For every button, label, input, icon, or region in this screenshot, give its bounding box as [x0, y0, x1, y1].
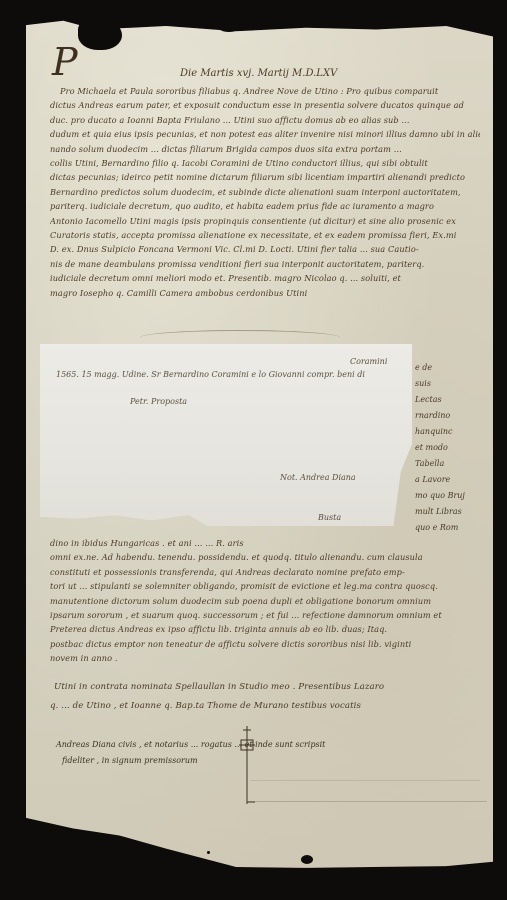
body-line: constituti et possessionis transferenda,…	[50, 565, 480, 579]
document-closing: Utini in contrata nominata Spellaullan i…	[50, 678, 480, 716]
body-line: tori ut ... stipulanti se solemniter obl…	[50, 579, 480, 593]
fragment-line: hanquinc	[415, 424, 485, 440]
fragment-line: suis	[415, 376, 485, 392]
fragment-line: et modo	[415, 440, 485, 456]
slip-line-1: 1565. 15 magg. Udine. Sr Bernardino Cora…	[56, 370, 365, 379]
body-line: postbac dictus emptor non teneatur de af…	[50, 637, 480, 651]
document-heading: Die Martis xvj. Martij M.D.LXV	[180, 68, 337, 79]
notary-subscription-line-1: Andreas Diana civis , et notarius ... ro…	[56, 740, 325, 749]
text-fragment-right-of-slip: e de suis Lectas rnardino hanquinc et mo…	[415, 360, 485, 536]
fragment-line: quo e Rom	[415, 520, 485, 536]
body-line: ipsarum sororum , et suarum quoq. succes…	[50, 608, 480, 622]
body-line: iudiciale decretum omni meliori modo et.…	[50, 271, 480, 285]
body-line: duc. pro ducato a Ioanni Bapta Friulano …	[50, 113, 480, 127]
closing-line: q. ... de Utino , et Ioanne q. Bap.ta Th…	[50, 697, 480, 716]
slip-line-2: Petr. Proposta	[130, 397, 187, 406]
damage-hole-top-mid2	[270, 20, 288, 28]
body-line: D. ex. Dnus Sulpicio Foncana Vermoni Vic…	[50, 242, 480, 256]
slip-corner-note: Coramini	[350, 357, 387, 366]
fragment-line: Tabella	[415, 456, 485, 472]
body-line: dictus Andreas earum pater, et exposuit …	[50, 98, 480, 112]
body-line: dictas pecunias; ideirco petit nomine di…	[50, 170, 480, 184]
paper-fold-line	[250, 780, 480, 781]
ink-spot-bottom	[301, 855, 313, 864]
ink-spot-bottom-small	[207, 851, 210, 854]
notary-subscription-line-2: fideliter , in signum premissorum	[62, 756, 198, 765]
body-line: omni ex.ne. Ad habendu. tenendu. posside…	[50, 550, 480, 564]
slip-signature-notary: Not. Andrea Diana	[280, 473, 356, 482]
closing-line: Utini in contrata nominata Spellaullan i…	[50, 678, 480, 697]
body-line: nando solum duodecim ... dictas filiarum…	[50, 142, 480, 156]
body-line: dino in ibidus Hungaricas . et ani ... .…	[50, 536, 480, 550]
body-line: novem in anno .	[50, 651, 480, 665]
fragment-line: e de	[415, 360, 485, 376]
damage-hole-top-mid	[218, 22, 240, 32]
body-line: Bernardino predictos solum duodecim, et …	[50, 185, 480, 199]
damage-hole-top-left	[78, 18, 122, 50]
partial-heading-above-slip	[140, 330, 340, 345]
body-line: Pro Michaela et Paula sororibus filiabus…	[50, 84, 480, 98]
fragment-line: Lectas	[415, 392, 485, 408]
fragment-line: rnardino	[415, 408, 485, 424]
body-line: collis Utini, Bernardino filio q. Iacobi…	[50, 156, 480, 170]
body-line: Preterea dictus Andreas ex ipso affictu …	[50, 622, 480, 636]
body-line: Antonio Iacomello Utini magis ipsis prop…	[50, 214, 480, 228]
fragment-line: mo quo Bruj	[415, 488, 485, 504]
fragment-line: mult Libras	[415, 504, 485, 520]
fragment-line: a Lavore	[415, 472, 485, 488]
body-line: dudum et quia eius ipsis pecunias, et no…	[50, 127, 480, 141]
decorated-initial: P	[52, 40, 78, 84]
body-line: magro Iosepho q. Camilli Camera ambobus …	[50, 286, 480, 300]
signum-baseline	[247, 801, 487, 802]
slip-signature-busta: Busta	[318, 513, 341, 522]
document-body: Pro Michaela et Paula sororibus filiabus…	[50, 84, 480, 300]
body-line: pariterq. iudiciale decretum, quo audito…	[50, 199, 480, 213]
notary-signum-icon	[239, 726, 255, 804]
document-body-lower: dino in ibidus Hungaricas . et ani ... .…	[50, 536, 480, 666]
body-line: manutentione dictorum solum duodecim sub…	[50, 594, 480, 608]
body-line: Curatoris statis, accepta promissa alien…	[50, 228, 480, 242]
body-line: nis de mane deambulans promissa venditio…	[50, 257, 480, 271]
